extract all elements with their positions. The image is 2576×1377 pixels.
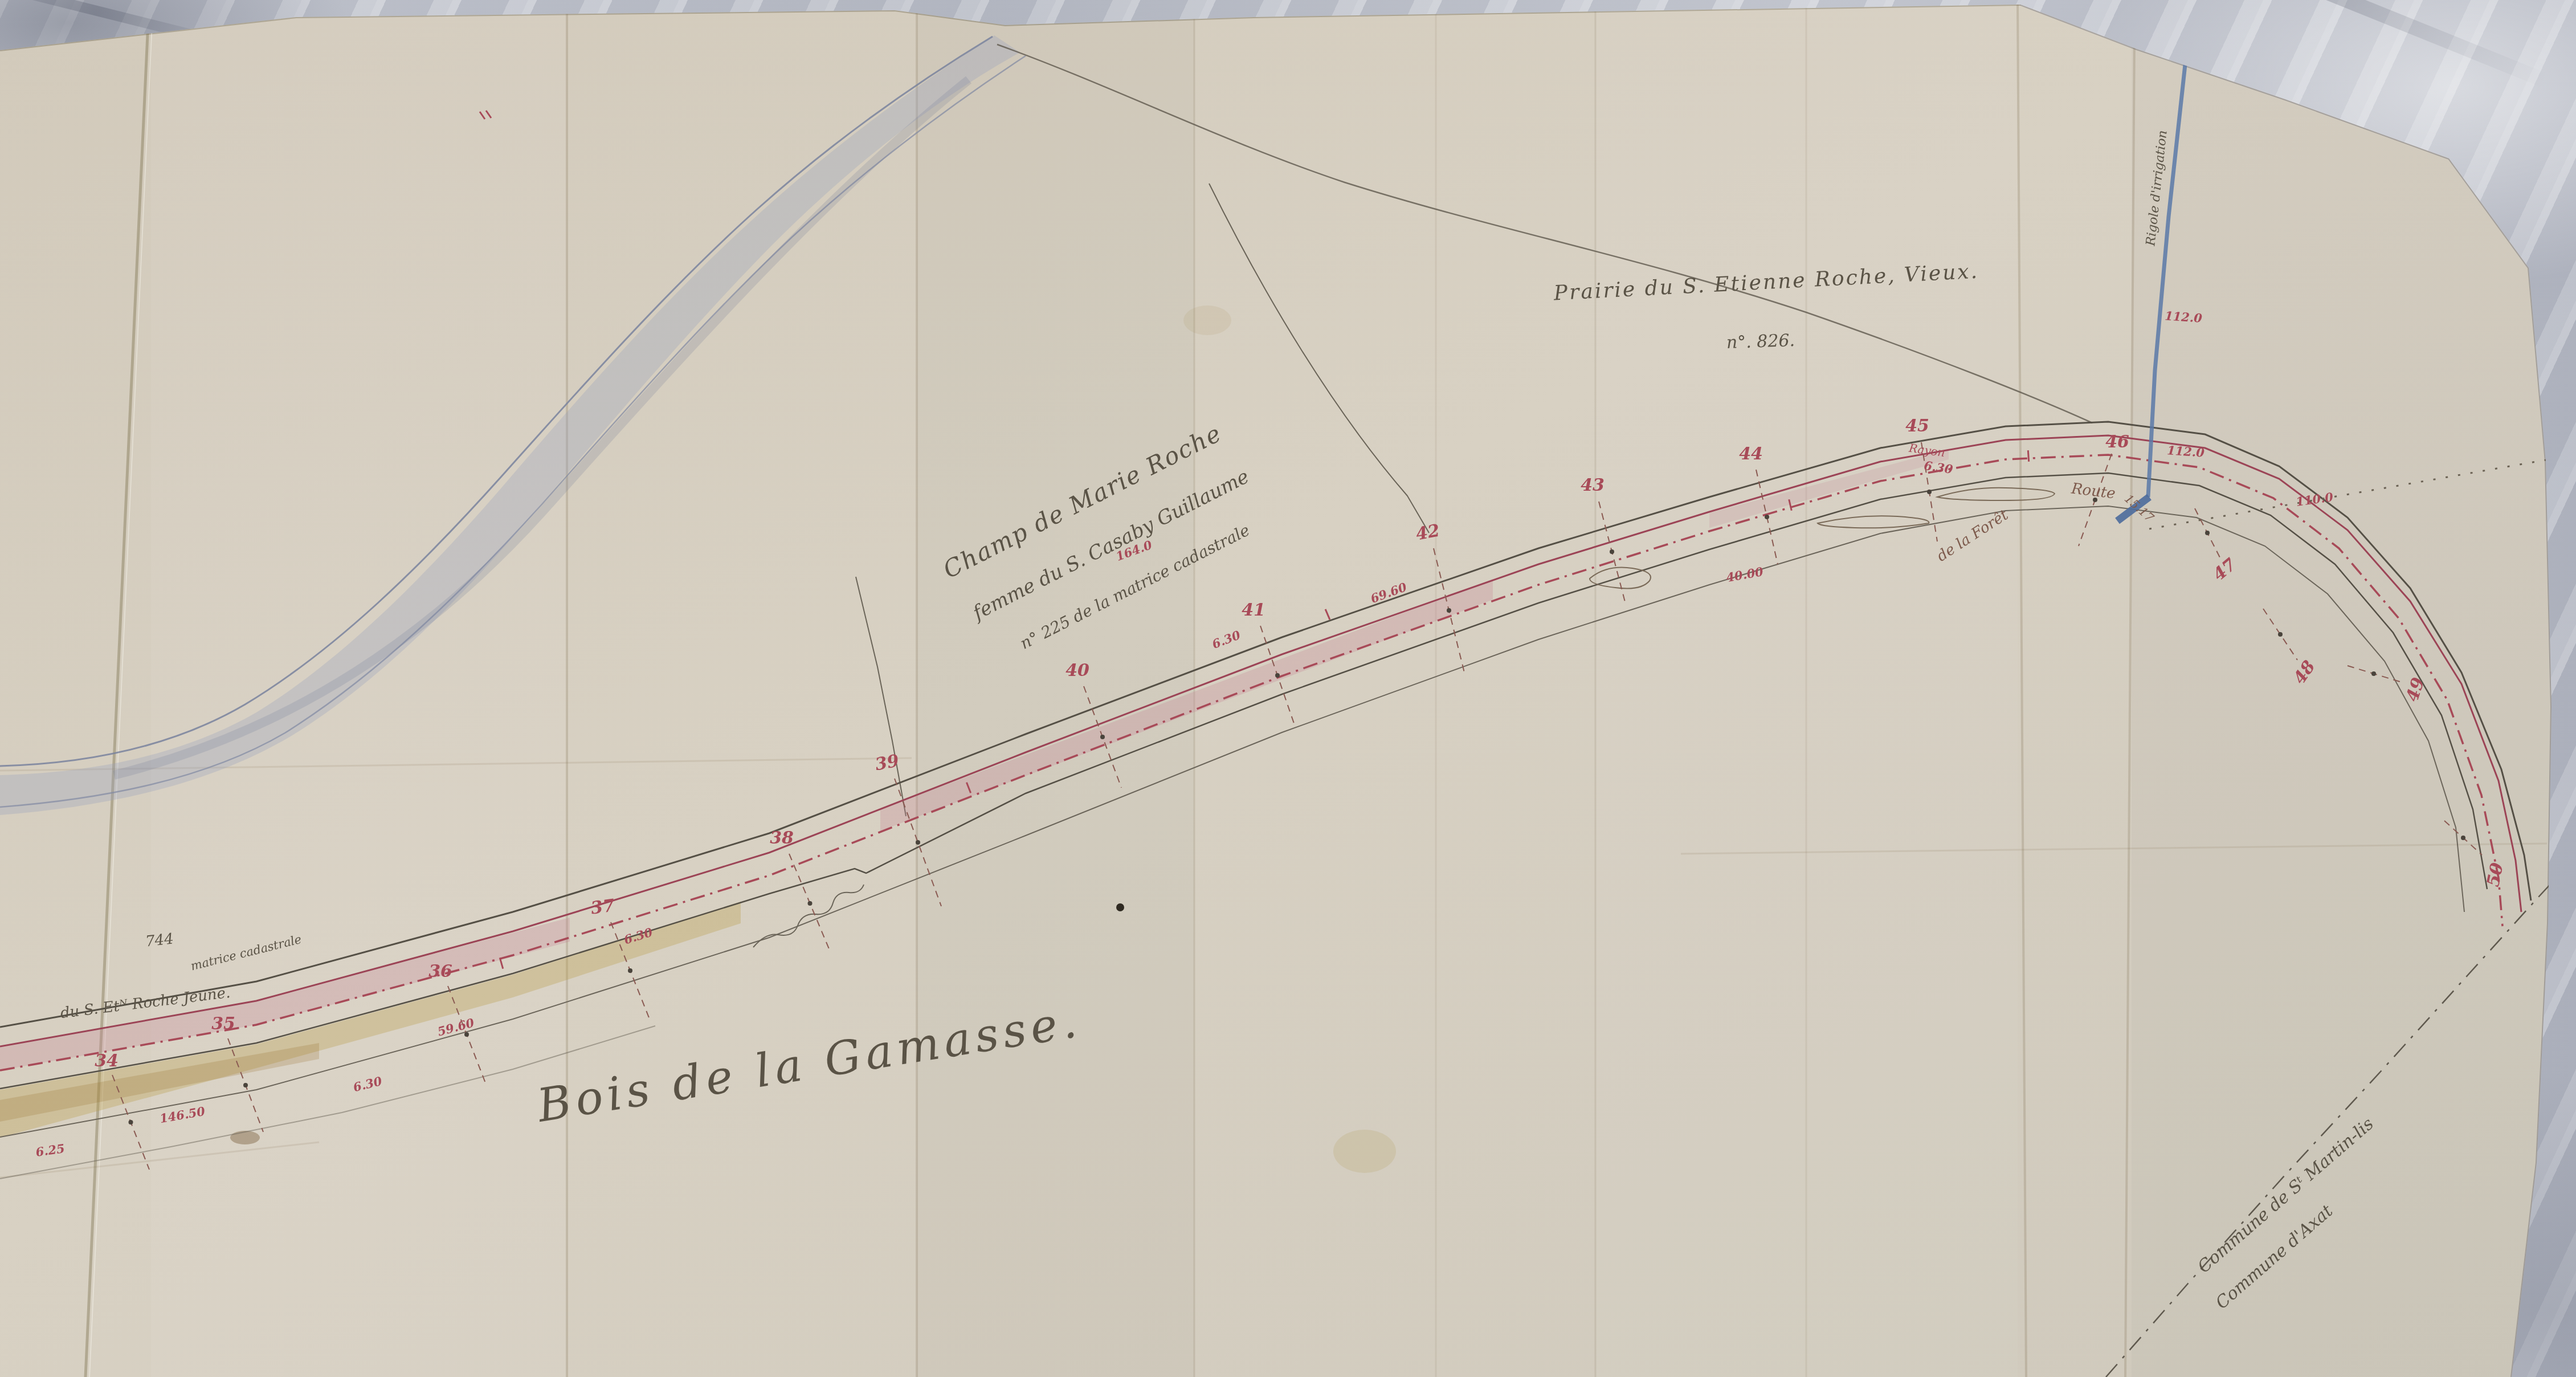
paper-panel <box>917 0 1194 1377</box>
map-drawing <box>0 0 2576 1377</box>
station-number: 50 <box>2485 861 2506 888</box>
station-axis-dot <box>628 968 632 973</box>
station-axis-dot <box>2205 531 2210 535</box>
ink-smudge <box>230 1131 260 1144</box>
station-number: 45 <box>1905 418 1929 435</box>
paper-panel <box>151 0 567 1377</box>
station-number: 39 <box>874 753 900 774</box>
station-number: 43 <box>1581 477 1605 494</box>
axis-cross-tick <box>2028 450 2028 462</box>
station-axis-dot <box>1275 673 1280 678</box>
photo-of-survey-map: Prairie du S. Etienne Roche, Vieux.n°. 8… <box>0 0 2576 1377</box>
station-number: 37 <box>590 897 616 918</box>
station-axis-dot <box>129 1120 133 1125</box>
station-number: 34 <box>95 1053 119 1070</box>
paper-stain <box>1183 305 1231 335</box>
station-number: 41 <box>1242 602 1265 619</box>
station-axis-dot <box>1100 735 1105 739</box>
label-prairie-parcel: n°. 826. <box>1726 332 1795 352</box>
measure: 6.30 <box>1923 459 1954 475</box>
measure: 6.25 <box>35 1142 66 1158</box>
station-number: 40 <box>1065 662 1089 679</box>
station-axis-dot <box>464 1032 469 1037</box>
station-axis-dot <box>808 901 813 906</box>
paper-panel <box>2132 0 2576 1377</box>
paper-stain <box>1333 1130 1396 1173</box>
measure: 112.0 <box>2164 309 2202 324</box>
station-axis-dot <box>1927 490 1932 494</box>
station-axis-dot <box>2371 671 2376 676</box>
station-axis-dot <box>2461 836 2465 840</box>
station-number: 38 <box>770 830 794 847</box>
label-parcel-744: 744 <box>145 931 174 949</box>
station-axis-dot <box>1765 515 1769 519</box>
station-number: 42 <box>1415 523 1441 544</box>
station-axis-dot <box>2278 632 2283 637</box>
measure: 112.0 <box>2166 444 2204 459</box>
station-axis-dot <box>1610 549 1614 554</box>
ink-blot <box>1116 903 1124 911</box>
station-number: 35 <box>211 1016 235 1033</box>
station-axis-dot <box>1447 608 1451 613</box>
station-number: 36 <box>428 963 452 980</box>
station-axis-dot <box>243 1083 248 1087</box>
station-number: 44 <box>1739 446 1763 463</box>
station-axis-dot <box>916 840 920 845</box>
station-number: 46 <box>2105 434 2129 451</box>
